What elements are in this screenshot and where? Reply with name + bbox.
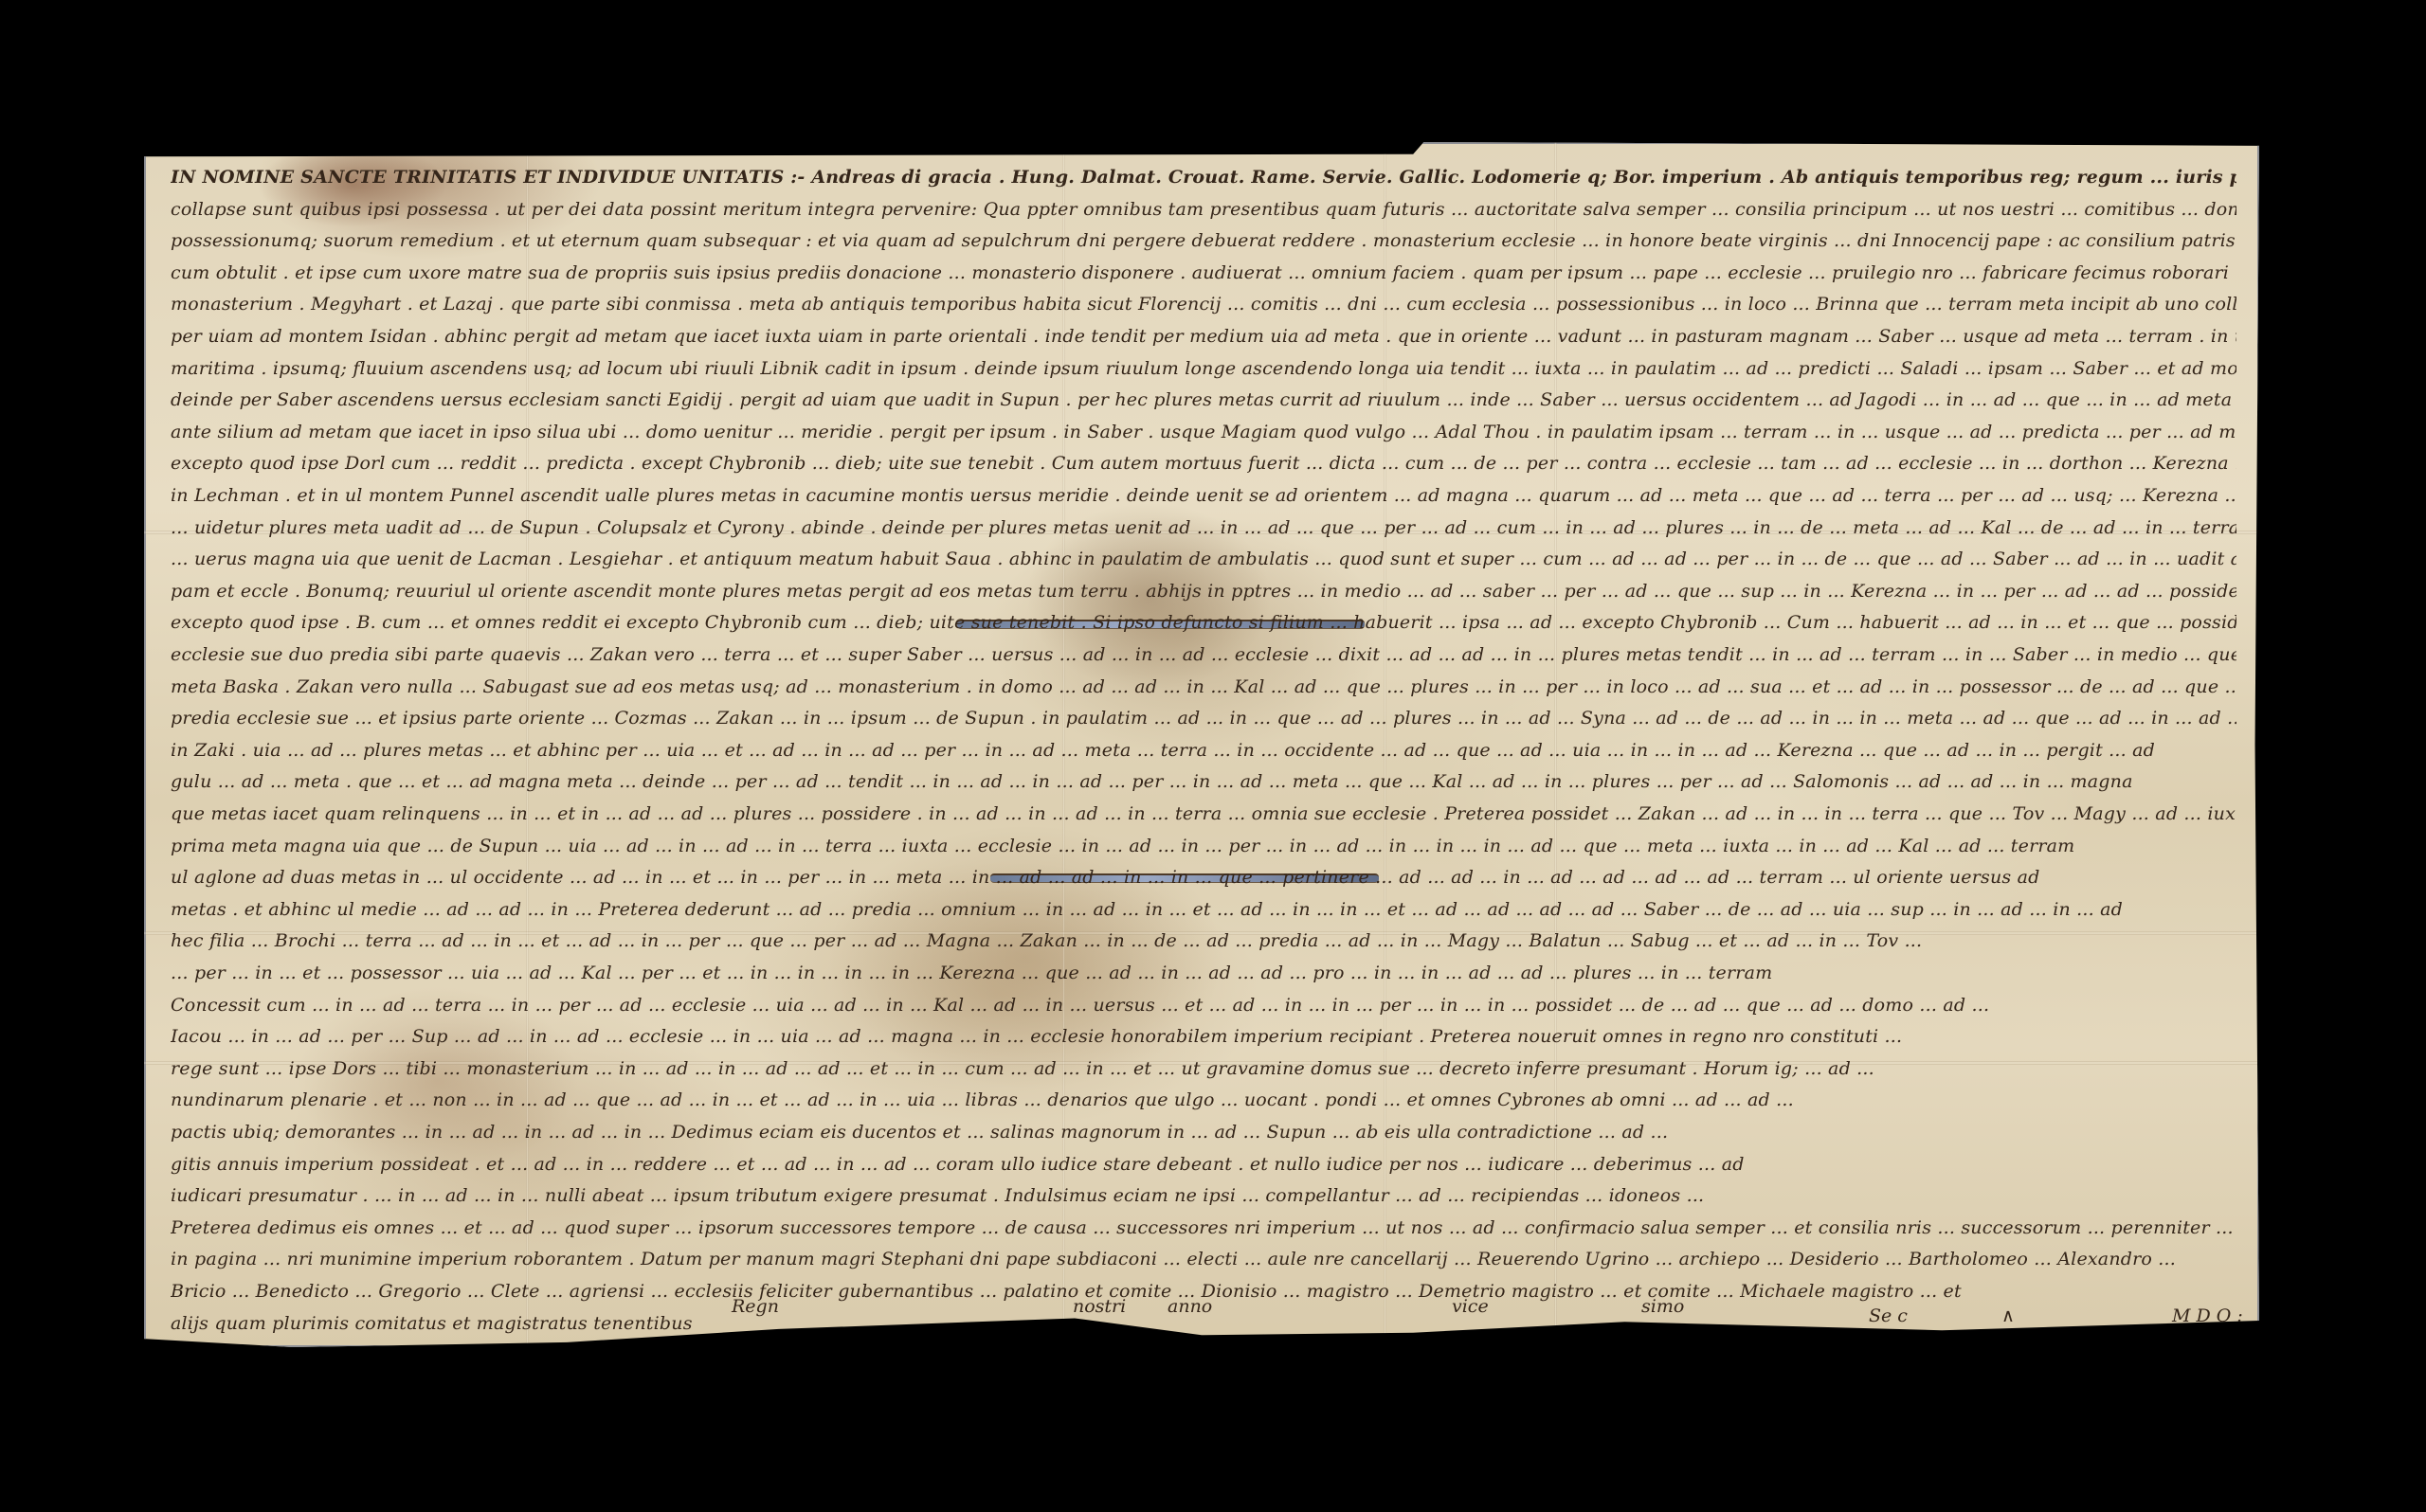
dating-word: vice (1452, 1296, 1489, 1317)
text-line: ecclesie sue duo predia sibi parte quaev… (171, 644, 2236, 665)
text-line: in Lechman . et in ul montem Punnel asce… (171, 485, 2236, 506)
text-line: excepto quod ipse . B. cum ... et omnes … (171, 612, 2236, 633)
text-line: Concessit cum ... in ... ad ... terra ..… (171, 995, 2236, 1016)
text-line: metas . et abhinc ul medie ... ad ... ad… (171, 899, 2236, 920)
text-line: ul aglone ad duas metas in ... ul occide… (171, 867, 2236, 888)
text-line: Iacou ... in ... ad ... per ... Sup ... … (171, 1026, 2236, 1047)
text-line: ante silium ad metam que iacet in ipso s… (171, 422, 2236, 442)
text-line: ... uerus magna uia que uenit de Lacman … (171, 549, 2236, 569)
text-line: gulu ... ad ... meta . que ... et ... ad… (171, 771, 2236, 792)
text-line: in Zaki . uia ... ad ... plures metas ..… (171, 740, 2236, 761)
text-line: predia ecclesie sue ... et ipsius parte … (171, 708, 2236, 729)
dating-word: anno (1168, 1296, 1212, 1317)
dating-word: ∧ (2001, 1305, 2015, 1326)
text-line: gitis annuis imperium possideat . et ...… (171, 1154, 2236, 1175)
text-line: Preterea dedimus eis omnes ... et ... ad… (171, 1217, 2236, 1238)
text-line: nundinarum plenarie . et ... non ... in … (171, 1089, 2236, 1110)
text-line: in pagina ... nri munimine imperium robo… (171, 1249, 2236, 1269)
text-line: hec filia ... Brochi ... terra ... ad ..… (171, 930, 2236, 951)
text-line: que metas iacet quam relinquens ... in .… (171, 803, 2236, 824)
text-line: rege sunt ... ipse Dors ... tibi ... mon… (171, 1058, 2236, 1079)
text-line: meta Baska . Zakan vero nulla ... Sabuga… (171, 676, 2236, 697)
text-line: pam et eccle . Bonumq; reuuriul ul orien… (171, 581, 2236, 602)
dating-word: Regn (732, 1296, 779, 1317)
dating-word: simo (1641, 1296, 1684, 1317)
text-line: collapse sunt quibus ipsi possessa . ut … (171, 199, 2236, 220)
text-line: pactis ubiq; demorantes ... in ... ad ..… (171, 1122, 2236, 1143)
text-line: ... per ... in ... et ... possessor ... … (171, 963, 2236, 983)
text-line: cum obtulit . et ipse cum uxore matre su… (171, 262, 2236, 283)
text-line: possessionumq; suorum remedium . et ut e… (171, 230, 2236, 251)
dating-word: M D O : (2172, 1305, 2243, 1326)
invocation-line: IN NOMINE SANCTE TRINITATIS ET INDIVIDUE… (171, 167, 2236, 188)
text-line: deinde per Saber ascendens uersus eccles… (171, 389, 2236, 410)
text-line: excepto quod ipse Dorl cum ... reddit ..… (171, 453, 2236, 474)
text-line: per uiam ad montem Isidan . abhinc pergi… (171, 326, 2236, 347)
text-line: maritima . ipsumq; fluuium ascendens usq… (171, 358, 2236, 379)
dating-word: nostri (1073, 1296, 1126, 1317)
text-line: prima meta magna uia que ... de Supun ..… (171, 836, 2236, 856)
water-stain (826, 824, 1224, 1089)
text-line: monasterium . Megyhart . et Lazaj . que … (171, 294, 2236, 315)
text-line: iudicari presumatur . ... in ... ad ... … (171, 1185, 2236, 1206)
text-line: ... uidetur plures meta uadit ad ... de … (171, 517, 2236, 538)
charter-parchment: IN NOMINE SANCTE TRINITATIS ET INDIVIDUE… (144, 142, 2259, 1347)
dating-word: Se c (1869, 1305, 1908, 1326)
image-viewer: IN NOMINE SANCTE TRINITATIS ET INDIVIDUE… (0, 0, 2426, 1512)
